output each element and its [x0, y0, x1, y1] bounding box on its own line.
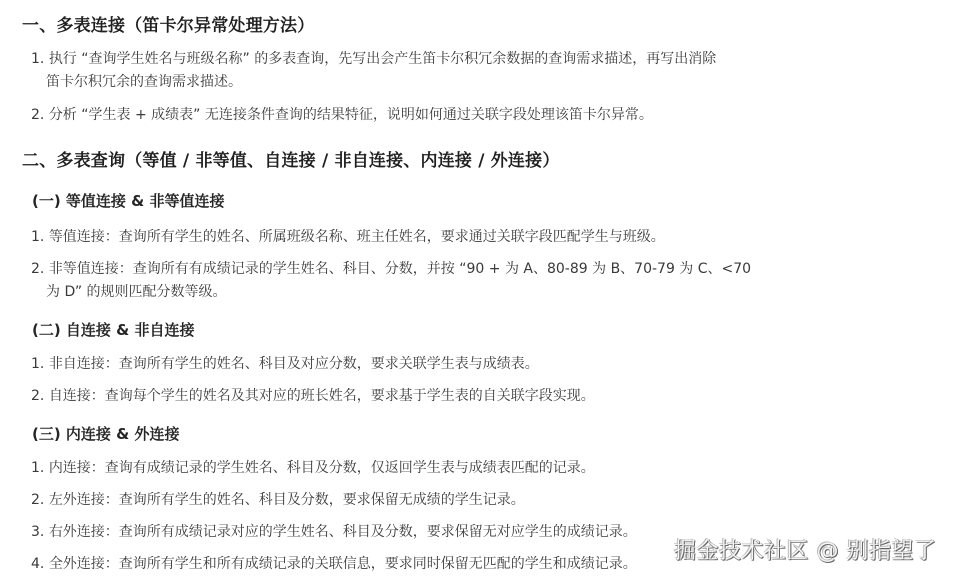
list-item: 1. 执行 “查询学生姓名与班级名称” 的多表查询，先写出会产生笛卡尔积冗余数据… — [31, 48, 716, 94]
item-number: 1. — [31, 48, 44, 71]
item-text: 分析 “学生表 + 成绩表” 无连接条件查询的结果特征，说明如何通过关联字段处理… — [49, 107, 653, 123]
list-item: 2. 非等值连接：查询所有有成绩记录的学生姓名、科目、分数，并按 “90 + 为… — [31, 258, 751, 304]
section-1-heading: 一、多表连接（笛卡尔异常处理方法） — [22, 11, 314, 36]
watermark: 掘金技术社区 @ 别指望了 — [674, 534, 937, 565]
item-text: 等值连接：查询所有学生的姓名、所属班级名称、班主任姓名，要求通过关联字段匹配学生… — [49, 229, 665, 245]
item-number: 2. — [31, 104, 44, 127]
item-text: 左外连接：查询所有学生的姓名、科目及分数，要求保留无成绩的学生记录。 — [49, 492, 525, 508]
item-text: 非等值连接：查询所有有成绩记录的学生姓名、科目、分数，并按 “90 + 为 A、… — [49, 261, 751, 277]
section-2-heading: 二、多表查询（等值 / 非等值、自连接 / 非自连接、内连接 / 外连接） — [22, 146, 560, 171]
list-item: 1. 非自连接：查询所有学生的姓名、科目及对应分数，要求关联学生表与成绩表。 — [31, 353, 539, 376]
item-number: 2. — [31, 258, 44, 281]
item-text: 内连接：查询有成绩记录的学生姓名、科目及分数，仅返回学生表与成绩表匹配的记录。 — [49, 460, 595, 476]
item-number: 2. — [31, 489, 44, 512]
list-item: 1. 内连接：查询有成绩记录的学生姓名、科目及分数，仅返回学生表与成绩表匹配的记… — [31, 457, 595, 480]
item-text-continued: 为 D” 的规则匹配分数等级。 — [31, 281, 751, 304]
subsection-3-heading: (三) 内连接 & 外连接 — [32, 423, 179, 444]
item-text-continued: 笛卡尔积冗余的查询需求描述。 — [31, 71, 716, 94]
item-number: 1. — [31, 457, 44, 480]
subsection-2-heading: (二) 自连接 & 非自连接 — [32, 319, 194, 340]
item-text: 非自连接：查询所有学生的姓名、科目及对应分数，要求关联学生表与成绩表。 — [49, 356, 539, 372]
list-item: 2. 分析 “学生表 + 成绩表” 无连接条件查询的结果特征，说明如何通过关联字… — [31, 104, 653, 127]
list-item: 4. 全外连接：查询所有学生和所有成绩记录的关联信息，要求同时保留无匹配的学生和… — [31, 553, 637, 576]
item-number: 3. — [31, 521, 44, 544]
list-item: 3. 右外连接：查询所有成绩记录对应的学生姓名、科目及分数，要求保留无对应学生的… — [31, 521, 637, 544]
item-number: 1. — [31, 226, 44, 249]
list-item: 2. 左外连接：查询所有学生的姓名、科目及分数，要求保留无成绩的学生记录。 — [31, 489, 525, 512]
item-text: 执行 “查询学生姓名与班级名称” 的多表查询，先写出会产生笛卡尔积冗余数据的查询… — [49, 51, 716, 67]
item-number: 4. — [31, 553, 44, 576]
item-text: 全外连接：查询所有学生和所有成绩记录的关联信息，要求同时保留无匹配的学生和成绩记… — [49, 556, 637, 572]
list-item: 1. 等值连接：查询所有学生的姓名、所属班级名称、班主任姓名，要求通过关联字段匹… — [31, 226, 665, 249]
item-text: 自连接：查询每个学生的姓名及其对应的班长姓名，要求基于学生表的自关联字段实现。 — [49, 388, 595, 404]
item-text: 右外连接：查询所有成绩记录对应的学生姓名、科目及分数，要求保留无对应学生的成绩记… — [49, 524, 637, 540]
item-number: 1. — [31, 353, 44, 376]
item-number: 2. — [31, 385, 44, 408]
subsection-1-heading: (一) 等值连接 & 非等值连接 — [32, 190, 224, 211]
list-item: 2. 自连接：查询每个学生的姓名及其对应的班长姓名，要求基于学生表的自关联字段实… — [31, 385, 595, 408]
